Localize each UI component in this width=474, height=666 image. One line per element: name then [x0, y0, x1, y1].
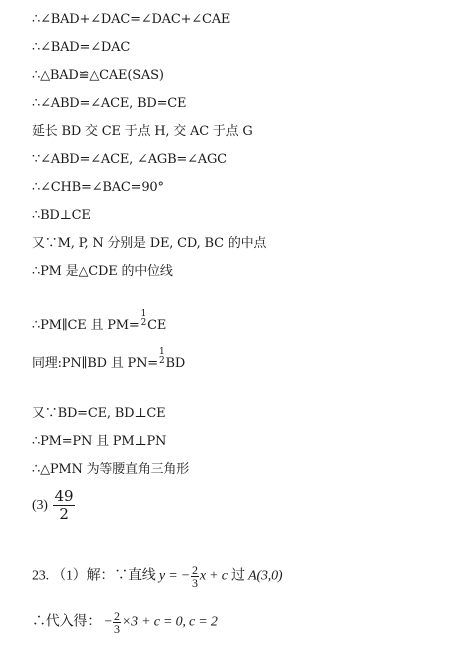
proof-line: ∴△PMN 为等腰直角三角形: [32, 462, 189, 478]
proof-line: ∴PM 是△CDE 的中位线: [32, 264, 173, 280]
proof-line: ∴∠BAD=∠DAC: [32, 40, 130, 56]
answer-fraction: 492: [53, 488, 76, 523]
equation-rhs: x + c: [200, 569, 228, 584]
equation-lhs: y = −: [159, 569, 190, 584]
equation-rest: ×3 + c = 0, c = 2: [122, 615, 218, 630]
proof-line: ∴BD⊥CE: [32, 208, 91, 224]
question-23-line-2: ∴代入得： −23×3 + c = 0, c = 2: [32, 610, 218, 635]
minus-sign: −: [104, 615, 112, 630]
fraction-denominator: 3: [113, 623, 121, 635]
question-prefix: 23. （1）解：∵直线: [32, 569, 156, 584]
fraction: 12: [159, 348, 165, 366]
fraction-denominator: 2: [159, 357, 165, 366]
question-23-line-1: 23. （1）解：∵直线 y = −23x + c 过 A(3,0): [32, 564, 282, 589]
line-suffix: BD: [166, 356, 186, 371]
answer-part-3: (3) 492: [32, 488, 76, 523]
question-mid: 过: [231, 569, 245, 584]
proof-line-fraction: ∴PM∥CE 且 PM=12CE: [32, 310, 166, 334]
proof-line: ∵∠ABD=∠ACE, ∠AGB=∠AGC: [32, 152, 227, 168]
proof-line: ∴PM=PN 且 PM⊥PN: [32, 434, 166, 450]
proof-line: 又∵M, P, N 分别是 DE, CD, BC 的中点: [32, 236, 266, 252]
fraction-denominator: 3: [191, 577, 199, 589]
fraction-denominator: 2: [53, 506, 76, 523]
line-prefix: 同理:PN∥BD 且 PN=: [32, 356, 158, 371]
proof-line: ∴△BAD≌△CAE(SAS): [32, 68, 164, 84]
point-label: A(3,0): [248, 569, 282, 584]
part-label: (3): [32, 498, 48, 513]
proof-line: ∴∠ABD=∠ACE, BD=CE: [32, 96, 186, 112]
proof-line-fraction: 同理:PN∥BD 且 PN=12BD: [32, 348, 185, 372]
line-suffix: CE: [147, 318, 166, 333]
fraction: 12: [141, 310, 147, 328]
proof-line: ∴∠BAD+∠DAC=∠DAC+∠CAE: [32, 12, 230, 28]
fraction-denominator: 2: [141, 319, 147, 328]
fraction: 23: [191, 564, 199, 589]
line-prefix: ∴PM∥CE 且 PM=: [32, 318, 140, 333]
proof-line: 延长 BD 交 CE 于点 H, 交 AC 于点 G: [32, 124, 253, 140]
fraction-numerator: 49: [53, 488, 76, 506]
fraction: 23: [113, 610, 121, 635]
step-prefix: ∴代入得：: [32, 615, 101, 630]
proof-line: 又∵BD=CE, BD⊥CE: [32, 406, 165, 422]
proof-line: ∴∠CHB=∠BAC=90°: [32, 180, 164, 196]
